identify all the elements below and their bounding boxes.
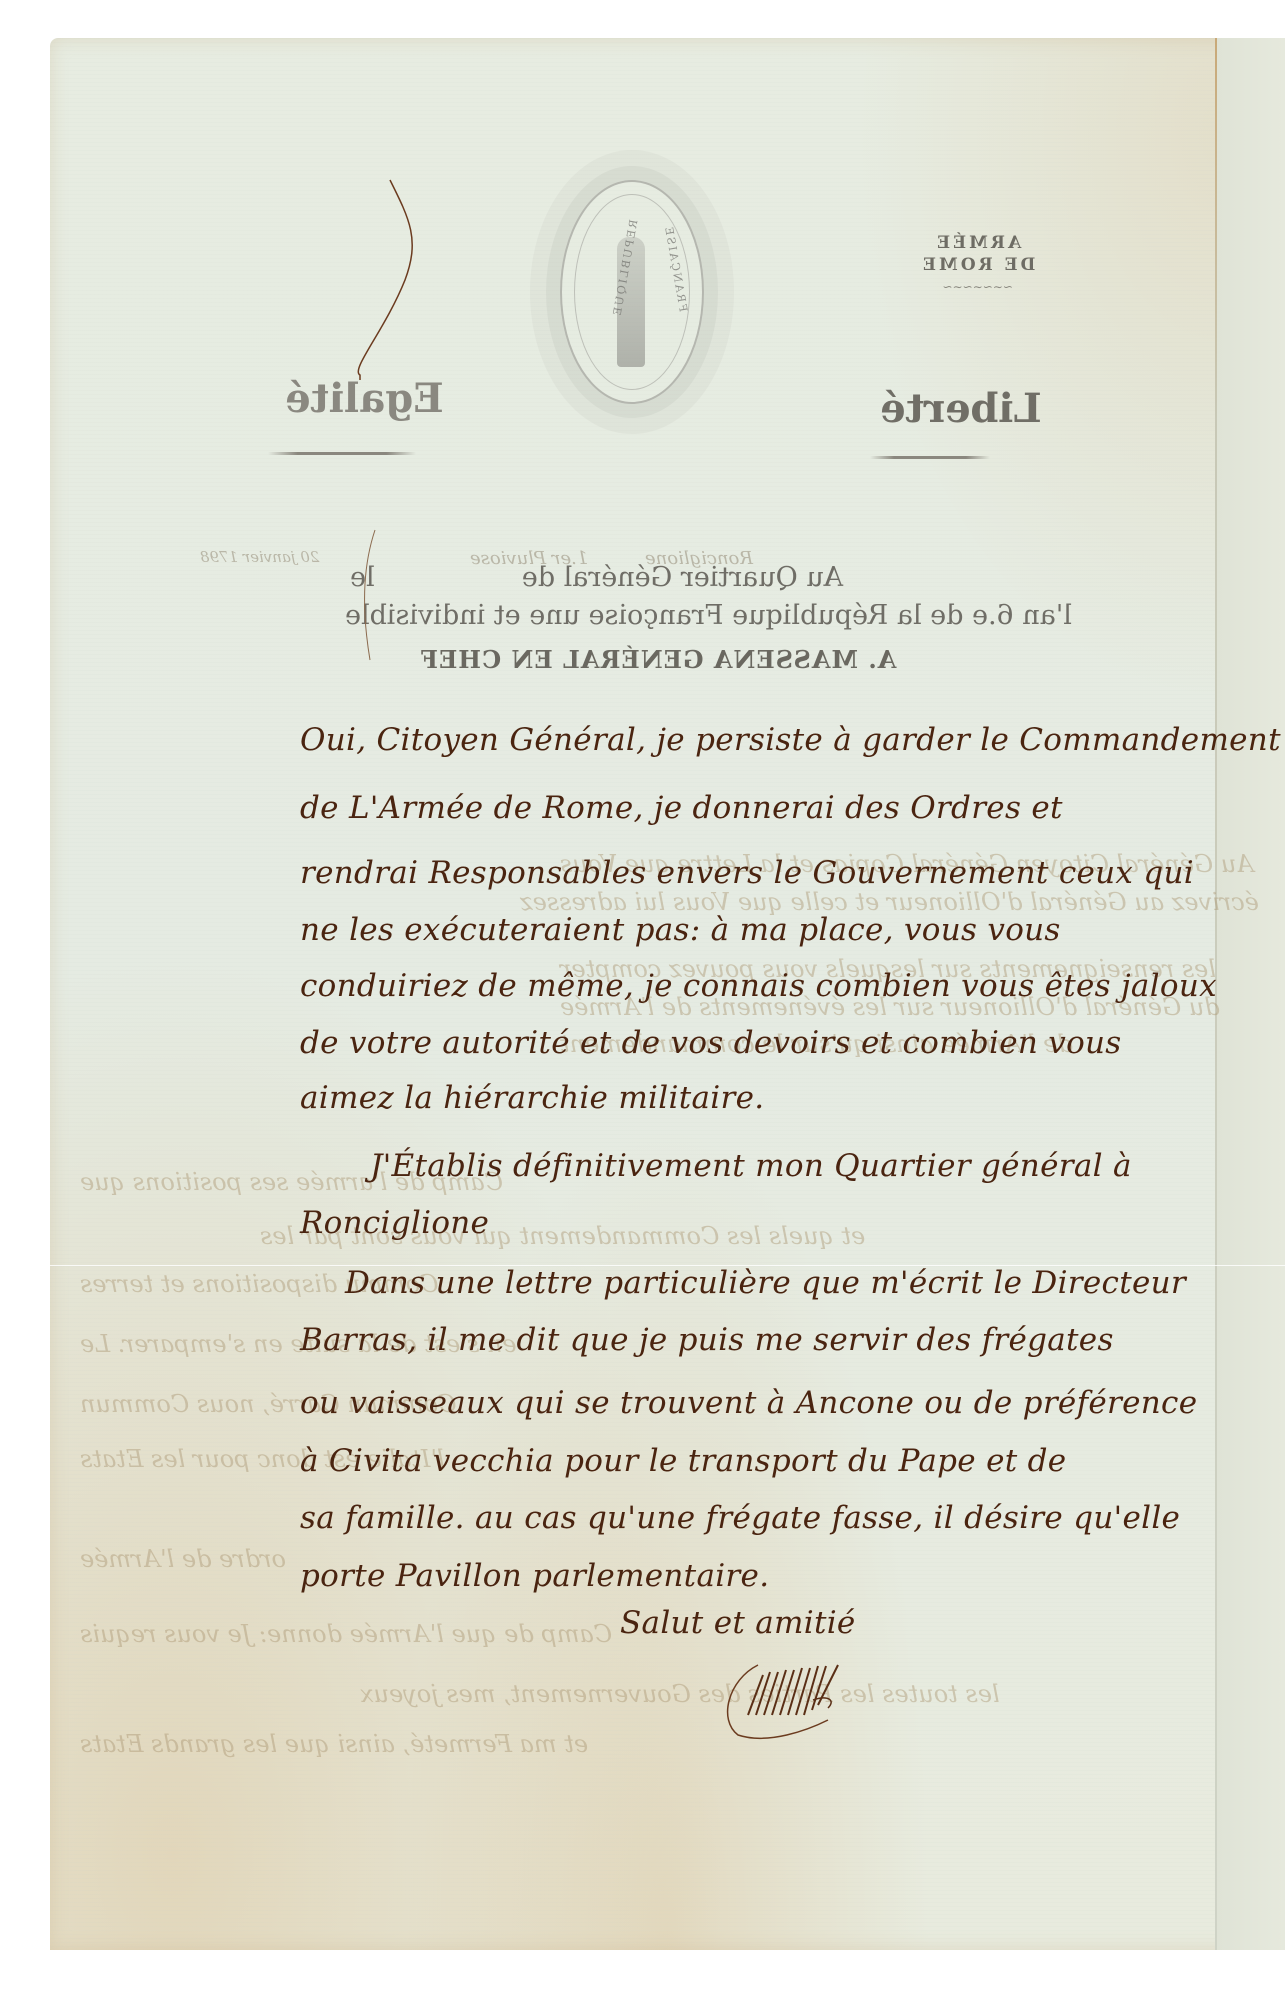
closing-salutation: Salut et amitié xyxy=(620,1605,920,1641)
letter-body-line: de L'Armée de Rome, je donnerai des Ordr… xyxy=(300,790,1250,826)
massena-signature xyxy=(718,1660,868,1740)
letter-body-line: Oui, Citoyen Général, je persiste à gard… xyxy=(300,722,1250,758)
letter-body-line: ou vaisseaux qui se trouvent à Ancone ou… xyxy=(300,1385,1250,1421)
letter-body-line: rendrai Responsables envers le Gouvernem… xyxy=(300,855,1250,891)
letter-body-line: ne les exécuteraient pas: à ma place, vo… xyxy=(300,912,1250,948)
letter-body-line: aimez la hiérarchie militaire. xyxy=(300,1080,1250,1116)
letter-body-line: J'Établis définitivement mon Quartier gé… xyxy=(370,1148,1285,1184)
letter-body-line: conduiriez de même, je connais combien v… xyxy=(300,968,1250,1004)
letter-body-line: de votre autorité et de vos devoirs et c… xyxy=(300,1025,1250,1061)
letter-body-line: Barras, il me dit que je puis me servir … xyxy=(300,1322,1250,1358)
letter-body-line: porte Pavillon parlementaire. xyxy=(300,1558,1250,1594)
letter-body-line: à Civita vecchia pour le transport du Pa… xyxy=(300,1443,1250,1479)
letter-body-line: sa famille. au cas qu'une frégate fasse,… xyxy=(300,1500,1250,1536)
letter-body-line: Dans une lettre particulière que m'écrit… xyxy=(345,1265,1285,1301)
letter-body-line: Ronciglione xyxy=(300,1205,1250,1241)
